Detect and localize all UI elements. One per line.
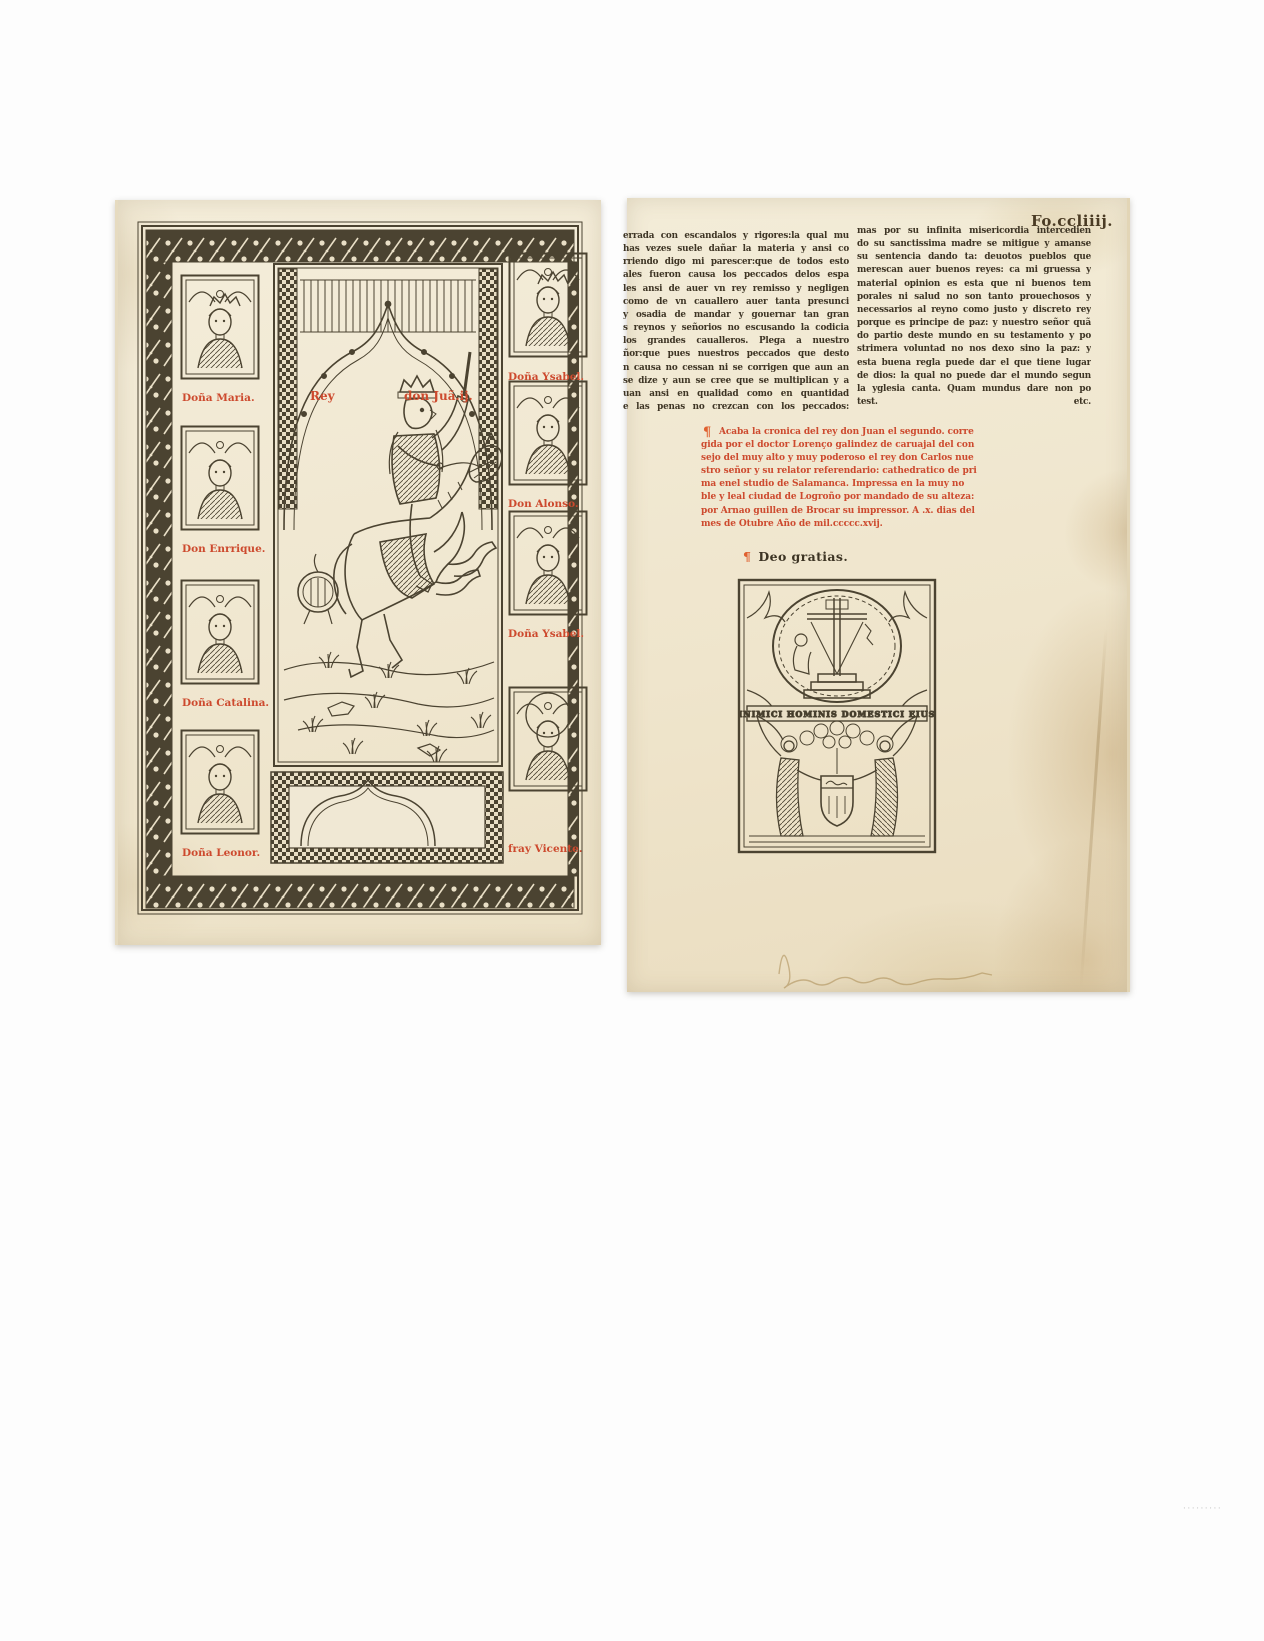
floral-border-left [146,262,172,876]
angel-right [853,716,917,836]
central-panel [274,264,502,766]
deo-gratias-line: ¶Deo gratias. [743,549,848,564]
drapery [380,534,434,598]
crown-icon [210,294,240,306]
motto-band: INIMICI HOMINIS DOMESTICI EIUS [739,706,936,721]
text-column-left: errada con escandalos y rigores:la qual … [623,230,849,416]
portrait-dona-catalina [182,581,259,684]
crown-icon [538,272,568,284]
title-page-woodcut: Doña Maria. Don Enrrique. Doña Catalina.… [118,200,601,945]
caption-fray-vicente: fray Vicente. [508,843,582,855]
caption-dona-ysabel-1: Doña Ysabel. [508,371,584,383]
caption-dona-maria: Doña Maria. [182,392,255,404]
tree-foliage [800,721,874,774]
lattice-strip-left [279,269,297,509]
device-motto-text: INIMICI HOMINIS DOMESTICI EIUS [739,709,936,719]
portrait-don-enrrique [182,427,259,530]
cross-scene [793,598,873,698]
ribbon [865,624,873,645]
heraldic-beast [826,781,847,785]
angels-and-shield [749,716,925,842]
halo-icon [526,693,570,737]
portrait-dona-maria [182,276,259,379]
printers-device-woodcut: INIMICI HOMINIS DOMESTICI EIUS [737,578,937,854]
text-column-right: mas por su infinita misericordia interce… [857,225,1091,425]
caption-dona-ysabel-2: Doña Ysabel. [508,628,584,640]
bottom-ornament-panel [271,772,503,863]
angel-left [757,716,821,836]
shield [821,776,853,826]
book-photograph: Doña Maria. Don Enrrique. Doña Catalina.… [0,0,1264,1641]
scanner-artifact-dots: ········· [1183,1504,1222,1514]
ground-line [749,836,925,842]
caption-rey: Rey [310,389,336,403]
right-page: Fo.ccliiij. errada con escandalos y rigo… [627,198,1130,992]
page-crease [1079,628,1107,987]
wreath [773,590,901,702]
handwritten-inscription [757,934,1037,994]
caption-don-alonso: Don Alonso. [508,498,579,510]
gothic-arch [284,301,492,530]
portrait-dona-leonor [182,731,259,834]
kneeling-figure [793,634,811,674]
pilcrow-icon: ¶ [743,549,751,564]
drum [298,554,338,624]
caption-don-enrrique: Don Enrrique. [182,543,265,555]
caption-don-juan: don Juã.ij. [404,389,473,403]
caption-dona-catalina: Doña Catalina. [182,697,269,709]
colophon: Acaba la cronica del rey don Juan el seg… [701,426,983,531]
deo-gratias-text: Deo gratias. [758,549,848,564]
floral-border-right [568,262,578,876]
left-page: Doña Maria. Don Enrrique. Doña Catalina.… [115,200,601,945]
caption-dona-leonor: Doña Leonor. [182,847,260,859]
floral-border-bottom [146,876,574,908]
